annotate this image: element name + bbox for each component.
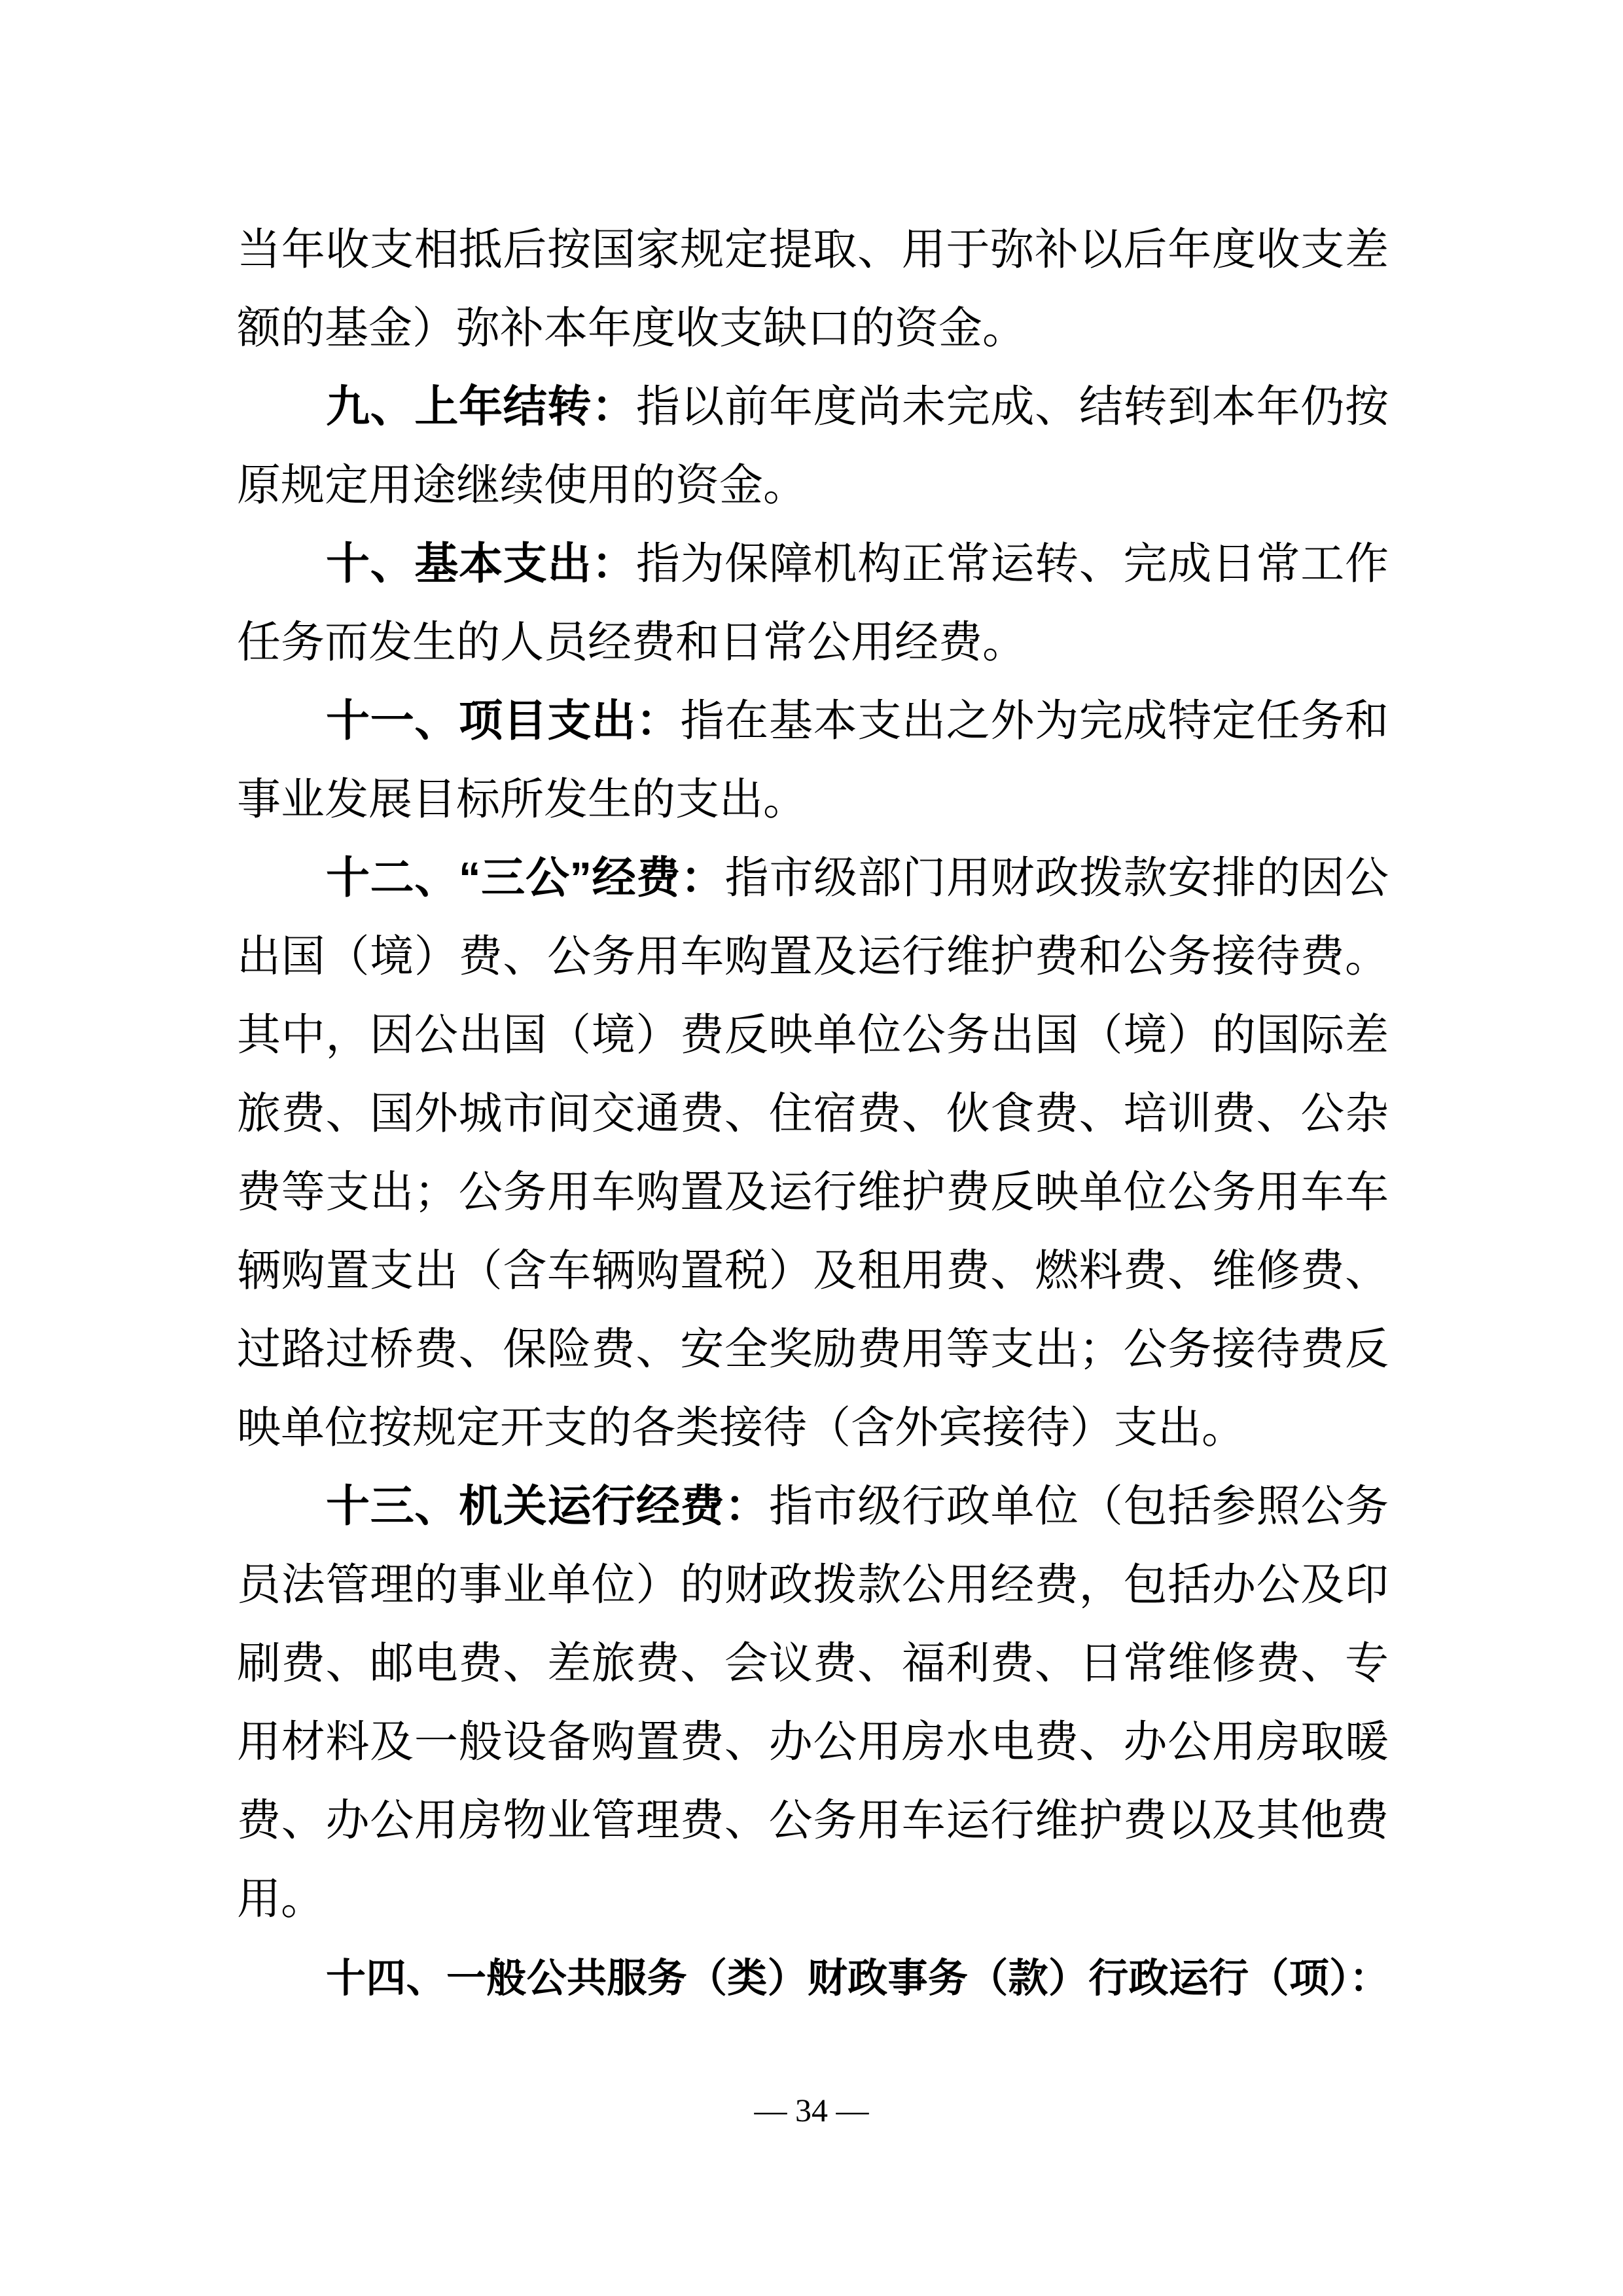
line-text: 指市级部门用财政拨款安排的因公 (725, 854, 1389, 903)
paragraph-line: 九、上年结转：指以前年度尚未完成、结转到本年仍按 (237, 368, 1389, 446)
paragraph-line: 十一、项目支出：指在基本支出之外为完成特定任务和 (237, 682, 1389, 761)
term-label: 九、上年结转： (326, 382, 636, 431)
document-body: 当年收支相抵后按国家规定提取、用于弥补以后年度收支差 额的基金）弥补本年度收支缺… (237, 211, 1389, 2017)
term-label: 十三、机关运行经费： (326, 1482, 769, 1531)
paragraph-line: 其中，因公出国（境）费反映单位公务出国（境）的国际差 (237, 996, 1389, 1075)
line-text: 映单位按规定开支的各类接待（含外宾接待）支出。 (237, 1404, 1245, 1452)
line-text: 员法管理的事业单位）的财政拨款公用经费，包括办公及印 (237, 1561, 1389, 1609)
paragraph-line: 十三、机关运行经费：指市级行政单位（包括参照公务 (237, 1467, 1389, 1546)
paragraph-line: 出国（境）费、公务用车购置及运行维护费和公务接待费。 (237, 918, 1389, 996)
paragraph-line: 事业发展目标所发生的支出。 (237, 761, 1389, 839)
term-label: 十一、项目支出： (326, 696, 681, 745)
paragraph-line: 辆购置支出（含车辆购置税）及租用费、燃料费、维修费、 (237, 1232, 1389, 1310)
line-text: 费等支出；公务用车购置及运行维护费反映单位公务用车车 (237, 1168, 1389, 1217)
paragraph-line: 刷费、邮电费、差旅费、会议费、福利费、日常维修费、专 (237, 1624, 1389, 1703)
line-text: 任务而发生的人员经费和日常公用经费。 (237, 619, 1026, 667)
term-label: 十二、“三公”经费： (326, 853, 725, 903)
line-text: 指以前年度尚未完成、结转到本年仍按 (636, 383, 1389, 431)
document-page: 当年收支相抵后按国家规定提取、用于弥补以后年度收支差 额的基金）弥补本年度收支缺… (0, 0, 1623, 2296)
line-text: 指为保障机构正常运转、完成日常工作 (636, 540, 1389, 588)
paragraph-line-section-heading: 十四、一般公共服务（类）财政事务（款）行政运行（项）： (237, 1939, 1389, 2017)
paragraph-line: 额的基金）弥补本年度收支缺口的资金。 (237, 289, 1389, 368)
line-text: 过路过桥费、保险费、安全奖励费用等支出；公务接待费反 (237, 1325, 1389, 1374)
paragraph-line: 费、办公用房物业管理费、公务用车运行维护费以及其他费 (237, 1782, 1389, 1860)
page-number: — 34 — (0, 2089, 1623, 2131)
line-text: 费、办公用房物业管理费、公务用车运行维护费以及其他费 (237, 1797, 1389, 1845)
paragraph-line: 用材料及一般设备购置费、办公用房水电费、办公用房取暖 (237, 1703, 1389, 1782)
paragraph-line: 任务而发生的人员经费和日常公用经费。 (237, 603, 1389, 682)
paragraph-line: 原规定用途继续使用的资金。 (237, 446, 1389, 525)
paragraph-line: 当年收支相抵后按国家规定提取、用于弥补以后年度收支差 (237, 211, 1389, 289)
line-text: 用材料及一般设备购置费、办公用房水电费、办公用房取暖 (237, 1718, 1389, 1767)
term-label: 十四、一般公共服务（类）财政事务（款）行政运行（项）： (326, 1956, 1389, 2000)
line-text: 指市级行政单位（包括参照公务 (769, 1482, 1389, 1531)
line-text: 刷费、邮电费、差旅费、会议费、福利费、日常维修费、专 (237, 1640, 1389, 1688)
paragraph-line: 用。 (237, 1860, 1389, 1939)
paragraph-line: 过路过桥费、保险费、安全奖励费用等支出；公务接待费反 (237, 1310, 1389, 1389)
paragraph-line: 费等支出；公务用车购置及运行维护费反映单位公务用车车 (237, 1153, 1389, 1232)
line-text: 辆购置支出（含车辆购置税）及租用费、燃料费、维修费、 (237, 1247, 1389, 1295)
line-text: 事业发展目标所发生的支出。 (237, 776, 807, 824)
paragraph-line: 十、基本支出：指为保障机构正常运转、完成日常工作 (237, 525, 1389, 603)
paragraph-line: 十二、“三公”经费：指市级部门用财政拨款安排的因公 (237, 839, 1389, 918)
line-text: 指在基本支出之外为完成特定任务和 (681, 697, 1389, 745)
paragraph-line: 映单位按规定开支的各类接待（含外宾接待）支出。 (237, 1389, 1389, 1467)
line-text: 原规定用途继续使用的资金。 (237, 461, 807, 510)
paragraph-line: 员法管理的事业单位）的财政拨款公用经费，包括办公及印 (237, 1546, 1389, 1624)
line-text: 其中，因公出国（境）费反映单位公务出国（境）的国际差 (237, 1011, 1389, 1060)
line-text: 当年收支相抵后按国家规定提取、用于弥补以后年度收支差 (237, 226, 1389, 274)
line-text: 出国（境）费、公务用车购置及运行维护费和公务接待费。 (237, 933, 1389, 981)
term-label: 十、基本支出： (326, 539, 636, 588)
line-text: 旅费、国外城市间交通费、住宿费、伙食费、培训费、公杂 (237, 1090, 1389, 1138)
paragraph-line: 旅费、国外城市间交通费、住宿费、伙食费、培训费、公杂 (237, 1075, 1389, 1153)
line-text: 额的基金）弥补本年度收支缺口的资金。 (237, 304, 1026, 353)
line-text: 用。 (237, 1875, 325, 1924)
